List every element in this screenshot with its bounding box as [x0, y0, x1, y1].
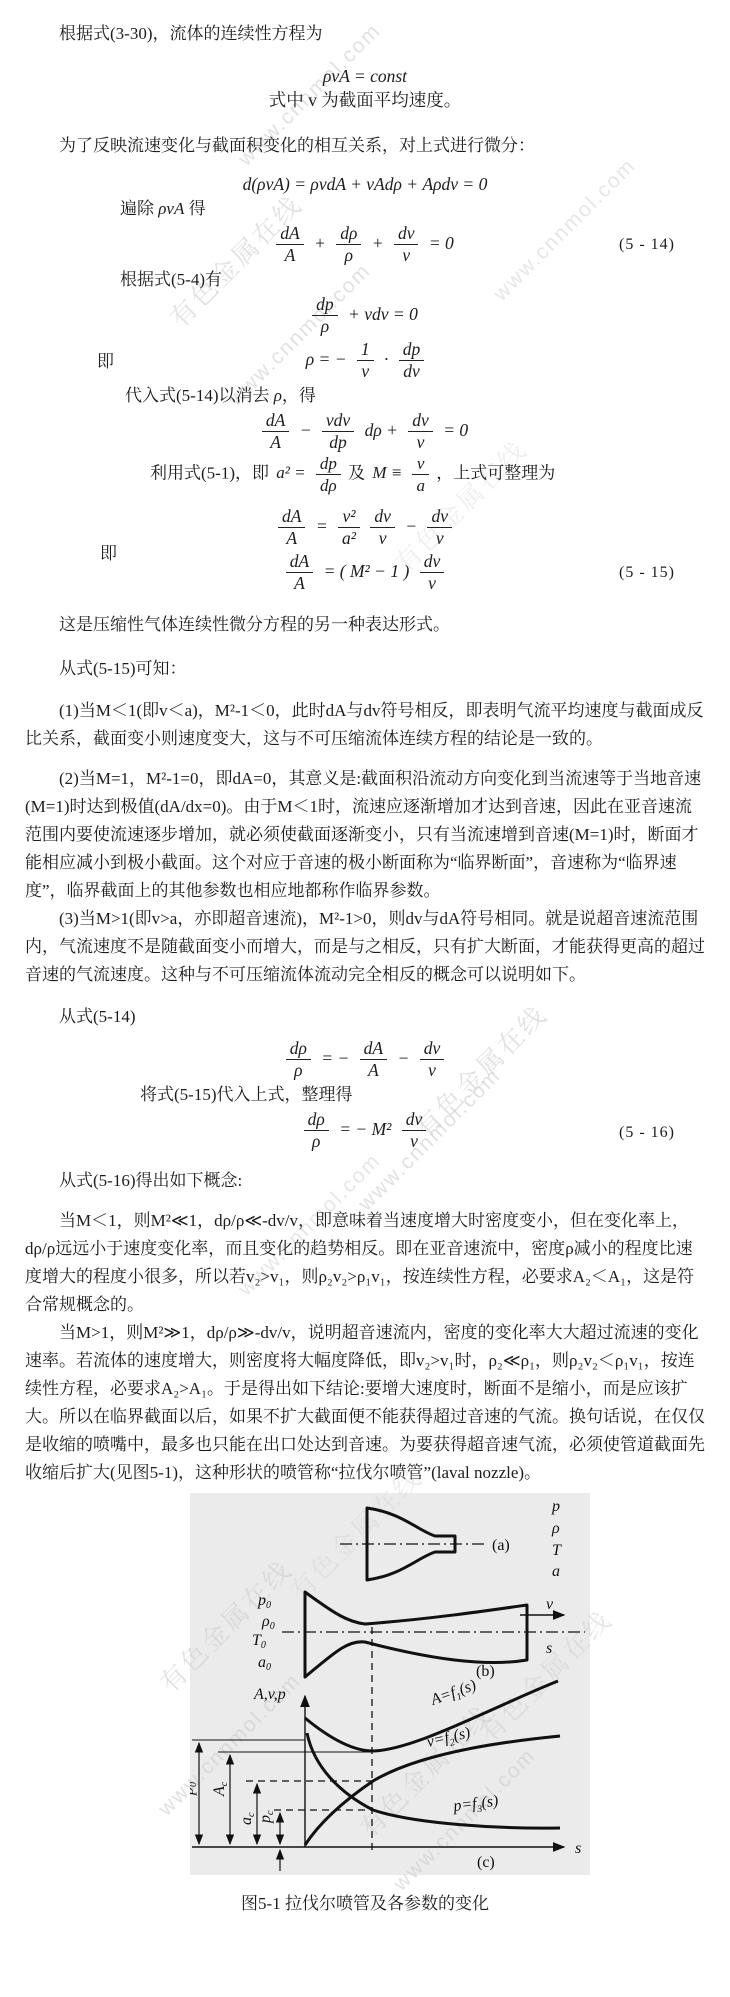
dim-label-pc: pc: [257, 1810, 276, 1824]
label-basis: 根据式(5-4)有: [25, 267, 705, 293]
state-label-p: p: [551, 1498, 560, 1515]
paragraph-from-5-14: 从式(5-14): [25, 1003, 705, 1031]
equation-differential: d(ρvA) = ρvdA + vAdρ + Aρdv = 0: [25, 172, 705, 196]
equation-5-15: 即 dAA = ( M² − 1 ) dvv (5 - 15): [25, 550, 705, 595]
curve-label-p: p=f3(s): [451, 1793, 499, 1818]
paragraph-case-2: (2)当M=1，M²-1=0，即dA=0，其意义是:截面积沿流动方向变化到当流速…: [25, 765, 705, 905]
figure-caption: 图5-1 拉伐尔喷管及各参数的变化: [25, 1891, 705, 1917]
stagnation-T0: T0: [252, 1632, 266, 1651]
state-label-a: a: [552, 1563, 560, 1580]
stagnation-a0: a0: [258, 1654, 271, 1673]
equation-5-4: dpρ + vdv = 0: [25, 293, 705, 338]
equation-5-14: dAA + dρρ + dvv = 0 (5 - 14): [25, 222, 705, 267]
paragraph-from-5-15: 从式(5-15)可知：: [25, 655, 705, 683]
label-substitute-2: 将式(5-15)代入上式，整理得: [25, 1082, 705, 1108]
label-substitute: 代入式(5-14)以消去 ρ，得: [25, 383, 705, 409]
subfigure-a-label: (a): [492, 1537, 510, 1554]
y-axis-label: A,v,p: [253, 1686, 286, 1703]
label-use-eq-5-1: 利用式(5-1)，即 a² = dpdρ 及 M ≡ va ，上式可整理为: [25, 454, 705, 495]
paragraph-differentiate: 为了反映流速变化与截面积变化的相互关系，对上式进行微分：: [25, 132, 705, 160]
textbook-page: www.cnnmol.com 有色金属在线 www.cnnmol.com www…: [0, 0, 730, 1997]
equation-5-16: dρρ = − M² dvv (5 - 16): [25, 1110, 705, 1151]
laval-nozzle-diagram: (a) p ρ T a v s p0 ρ0 T0 a0 (b): [190, 1493, 590, 1875]
equation-substituted: dAA − vdvdp dρ + dvv = 0: [25, 409, 705, 454]
velocity-label: v: [546, 1596, 554, 1613]
paragraph-other-form: 这是压缩性气体连续性微分方程的另一种表达形式。: [25, 611, 705, 639]
paragraph-intro: 根据式(3-30)，流体的连续性方程为: [25, 0, 705, 48]
subfigure-b-label: (b): [476, 1663, 495, 1680]
curve-label-A: A=f1(s): [428, 1677, 480, 1712]
equation-note: 式中 v 为截面平均速度。: [25, 88, 705, 112]
equation-number-5-15: (5 - 15): [619, 561, 675, 585]
stagnation-rho0: ρ0: [261, 1613, 275, 1632]
label-ji: 即: [97, 350, 114, 374]
equation-rho: 即 ρ = − 1v · dpdv: [25, 338, 705, 383]
label-divide: 遍除 ρvA 得: [25, 196, 705, 222]
paragraph-case-1: (1)当M＜1(即v＜a)，M²-1＜0，此时dA与dv符号相反，即表明气流平均…: [25, 697, 705, 753]
s-label-b: s: [546, 1640, 552, 1657]
page-content: 根据式(3-30)，流体的连续性方程为 ρvA = const 式中 v 为截面…: [0, 0, 730, 1917]
state-label-T: T: [552, 1542, 562, 1559]
equation-rho-rearranged: dρρ = − dAA − dvv: [25, 1039, 705, 1080]
figure-5-1: 有色金属在线 www.cnnmol.com 有色金属在线 有色金属在线 www.…: [190, 1493, 590, 1875]
paragraph-supersonic: 当M>1，则M²≫1，dρ/ρ≫-dv/v，说明超音速流内，密度的变化率大大超过…: [25, 1319, 705, 1487]
equation-number-5-14: (5 - 14): [619, 233, 675, 257]
equation-intermediate: dAA = v²a² dvv − dvv: [25, 505, 705, 550]
equation-continuity: ρvA = const: [25, 64, 705, 88]
dim-label-p0: p0: [190, 1782, 199, 1796]
paragraph-from-5-16: 从式(5-16)得出如下概念:: [25, 1167, 705, 1195]
label-ji: 即: [100, 542, 117, 566]
equation-number-5-16: (5 - 16): [619, 1121, 675, 1145]
paragraph-subsonic: 当M＜1，则M²≪1，dρ/ρ≪-dv/v，即意味着当速度增大时密度变小，但在变…: [25, 1207, 705, 1319]
state-label-rho: ρ: [551, 1520, 560, 1537]
paragraph-case-3: (3)当M>1(即v>a，亦即超音速流)，M²-1>0，则dv与dA符号相同。就…: [25, 905, 705, 989]
dim-label-ac: ac: [238, 1812, 257, 1825]
subfigure-c-label: (c): [477, 1854, 495, 1871]
stagnation-p0: p0: [257, 1592, 271, 1611]
s-label-c: s: [575, 1840, 581, 1857]
dim-label-Ac: Ac: [211, 1781, 230, 1797]
